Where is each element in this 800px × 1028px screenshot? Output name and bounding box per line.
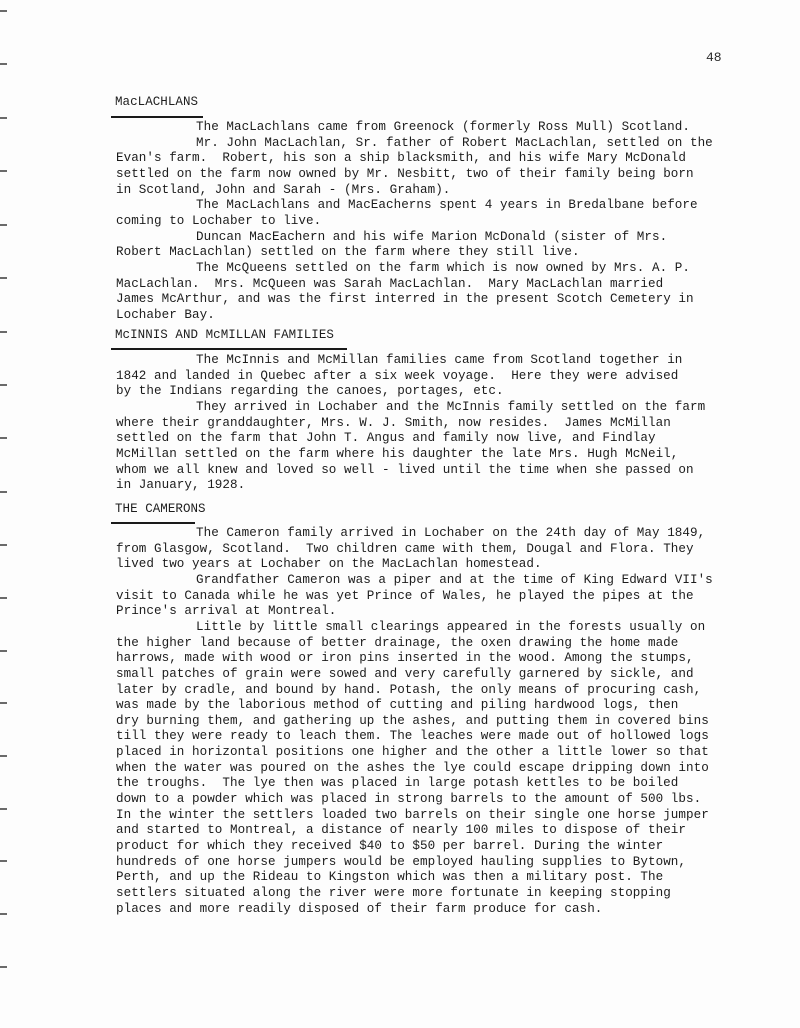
paragraph-first-line: The MacLachlans and MacEacherns spent 4 … bbox=[196, 198, 698, 212]
text-line: settled on the farm that John T. Angus a… bbox=[116, 431, 656, 445]
paragraph-first-line: They arrived in Lochaber and the McInnis… bbox=[196, 400, 705, 414]
margin-tick bbox=[0, 544, 7, 546]
text-line: Perth, and up the Rideau to Kingston whi… bbox=[116, 870, 663, 884]
section-heading: THE CAMERONS bbox=[115, 502, 206, 516]
paragraph-first-line: The MacLachlans came from Greenock (form… bbox=[196, 120, 690, 134]
margin-tick bbox=[0, 384, 7, 386]
paragraph-first-line: The Cameron family arrived in Lochaber o… bbox=[196, 526, 705, 540]
text-line: dry burning them, and gathering up the a… bbox=[116, 714, 709, 728]
text-line: settled on the farm now owned by Mr. Nes… bbox=[116, 167, 694, 181]
text-line: when the water was poured on the ashes t… bbox=[116, 761, 709, 775]
page-number: 48 bbox=[706, 50, 722, 65]
text-line: till they were ready to leach them. The … bbox=[116, 729, 709, 743]
text-line: Robert MacLachlan) settled on the farm w… bbox=[116, 245, 580, 259]
text-line: small patches of grain were sowed and ve… bbox=[116, 667, 694, 681]
margin-tick bbox=[0, 277, 7, 279]
margin-tick bbox=[0, 63, 7, 65]
margin-tick bbox=[0, 491, 7, 493]
text-line: settlers situated along the river were m… bbox=[116, 886, 671, 900]
margin-tick bbox=[0, 860, 7, 862]
paragraph-first-line: Duncan MacEachern and his wife Marion Mc… bbox=[196, 230, 667, 244]
text-line: from Glasgow, Scotland. Two children cam… bbox=[116, 542, 694, 556]
margin-tick bbox=[0, 913, 7, 915]
margin-tick bbox=[0, 702, 7, 704]
text-line: down to a powder which was placed in str… bbox=[116, 792, 701, 806]
heading-underline bbox=[111, 522, 195, 524]
section-heading: MacLACHLANS bbox=[115, 95, 198, 109]
text-line: In the winter the settlers loaded two ba… bbox=[116, 808, 709, 822]
heading-underline bbox=[111, 116, 203, 118]
text-line: lived two years at Lochaber on the MacLa… bbox=[116, 557, 542, 571]
paragraph-first-line: Little by little small clearings appeare… bbox=[196, 620, 705, 634]
margin-tick bbox=[0, 10, 7, 12]
margin-tick bbox=[0, 597, 7, 599]
margin-tick bbox=[0, 808, 7, 810]
text-line: James McArthur, and was the first interr… bbox=[116, 292, 694, 306]
text-line: product for which they received $40 to $… bbox=[116, 839, 663, 853]
paragraph-first-line: The McInnis and McMillan families came f… bbox=[196, 353, 682, 367]
text-line: the troughs. The lye then was placed in … bbox=[116, 776, 678, 790]
document-page: 48 MacLACHLANSThe MacLachlans came from … bbox=[0, 0, 800, 1028]
margin-tick bbox=[0, 117, 7, 119]
text-line: coming to Lochaber to live. bbox=[116, 214, 321, 228]
margin-tick bbox=[0, 650, 7, 652]
margin-tick bbox=[0, 966, 7, 968]
heading-underline bbox=[111, 348, 347, 350]
text-line: placed in horizontal positions one highe… bbox=[116, 745, 709, 759]
text-line: harrows, made with wood or iron pins ins… bbox=[116, 651, 694, 665]
text-line: was made by the laborious method of cutt… bbox=[116, 698, 678, 712]
margin-tick bbox=[0, 224, 7, 226]
text-line: Lochaber Bay. bbox=[116, 308, 215, 322]
text-line: Evan's farm. Robert, his son a ship blac… bbox=[116, 151, 686, 165]
text-line: the higher land because of better draina… bbox=[116, 636, 678, 650]
text-line: hundreds of one horse jumpers would be e… bbox=[116, 855, 686, 869]
text-line: in January, 1928. bbox=[116, 478, 245, 492]
margin-tick bbox=[0, 755, 7, 757]
margin-tick bbox=[0, 170, 7, 172]
text-line: visit to Canada while he was yet Prince … bbox=[116, 589, 694, 603]
section-heading: McINNIS AND McMILLAN FAMILIES bbox=[115, 328, 334, 342]
margin-tick bbox=[0, 331, 7, 333]
text-line: 1842 and landed in Quebec after a six we… bbox=[116, 369, 678, 383]
text-line: in Scotland, John and Sarah - (Mrs. Grah… bbox=[116, 183, 450, 197]
text-line: MacLachlan. Mrs. McQueen was Sarah MacLa… bbox=[116, 277, 663, 291]
text-line: where their granddaughter, Mrs. W. J. Sm… bbox=[116, 416, 671, 430]
text-line: and started to Montreal, a distance of n… bbox=[116, 823, 686, 837]
text-line: Prince's arrival at Montreal. bbox=[116, 604, 336, 618]
text-line: by the Indians regarding the canoes, por… bbox=[116, 384, 504, 398]
text-line: McMillan settled on the farm where his d… bbox=[116, 447, 678, 461]
margin-tick bbox=[0, 437, 7, 439]
text-line: whom we all knew and loved so well - liv… bbox=[116, 463, 694, 477]
text-line: later by cradle, and bound by hand. Pota… bbox=[116, 683, 701, 697]
paragraph-first-line: The McQueens settled on the farm which i… bbox=[196, 261, 690, 275]
paragraph-first-line: Grandfather Cameron was a piper and at t… bbox=[196, 573, 713, 587]
text-line: places and more readily disposed of thei… bbox=[116, 902, 602, 916]
paragraph-first-line: Mr. John MacLachlan, Sr. father of Rober… bbox=[196, 136, 713, 150]
